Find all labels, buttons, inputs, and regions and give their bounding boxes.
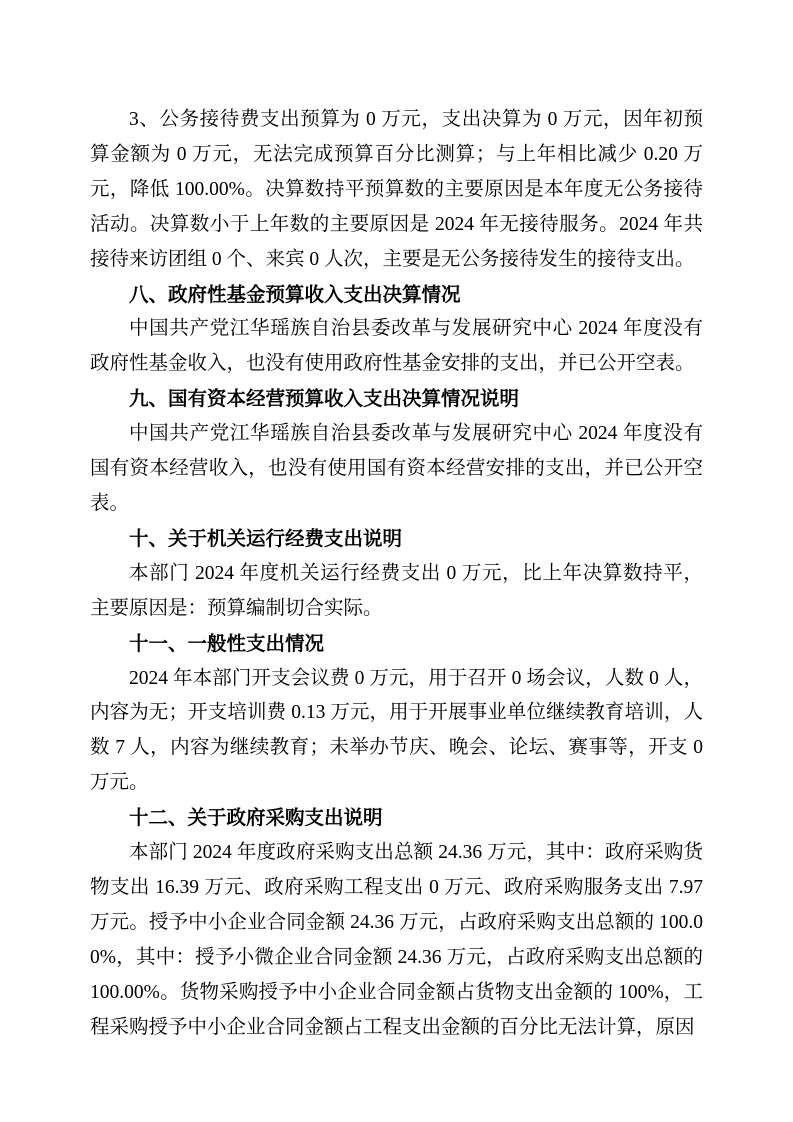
heading-section-eight-government-funds: 八、政府性基金预算收入支出决算情况 (90, 278, 703, 313)
document-page: 3、公务接待费支出预算为 0 万元，支出决算为 0 万元，因年初预算金额为 0 … (0, 0, 793, 1122)
paragraph-official-reception-expense: 3、公务接待费支出预算为 0 万元，支出决算为 0 万元，因年初预算金额为 0 … (90, 103, 703, 278)
paragraph-agency-operating-funds: 本部门 2024 年度机关运行经费支出 0 万元，比上年决算数持平，主要原因是：… (90, 557, 703, 627)
paragraph-government-funds: 中国共产党江华瑶族自治县委改革与发展研究中心 2024 年度没有政府性基金收入，… (90, 312, 703, 382)
heading-section-eleven-general-expenditure: 十一、一般性支出情况 (90, 627, 703, 662)
heading-section-twelve-government-procurement: 十二、关于政府采购支出说明 (90, 801, 703, 836)
heading-section-nine-state-capital: 九、国有资本经营预算收入支出决算情况说明 (90, 382, 703, 417)
paragraph-general-expenditure: 2024 年本部门开支会议费 0 万元，用于召开 0 场会议，人数 0 人，内容… (90, 662, 703, 802)
paragraph-state-capital: 中国共产党江华瑶族自治县委改革与发展研究中心 2024 年度没有国有资本经营收入… (90, 417, 703, 522)
document-content: 3、公务接待费支出预算为 0 万元，支出决算为 0 万元，因年初预算金额为 0 … (90, 103, 703, 1045)
paragraph-government-procurement: 本部门 2024 年度政府采购支出总额 24.36 万元，其中：政府采购货物支出… (90, 836, 703, 1045)
heading-section-ten-agency-operating-funds: 十、关于机关运行经费支出说明 (90, 522, 703, 557)
